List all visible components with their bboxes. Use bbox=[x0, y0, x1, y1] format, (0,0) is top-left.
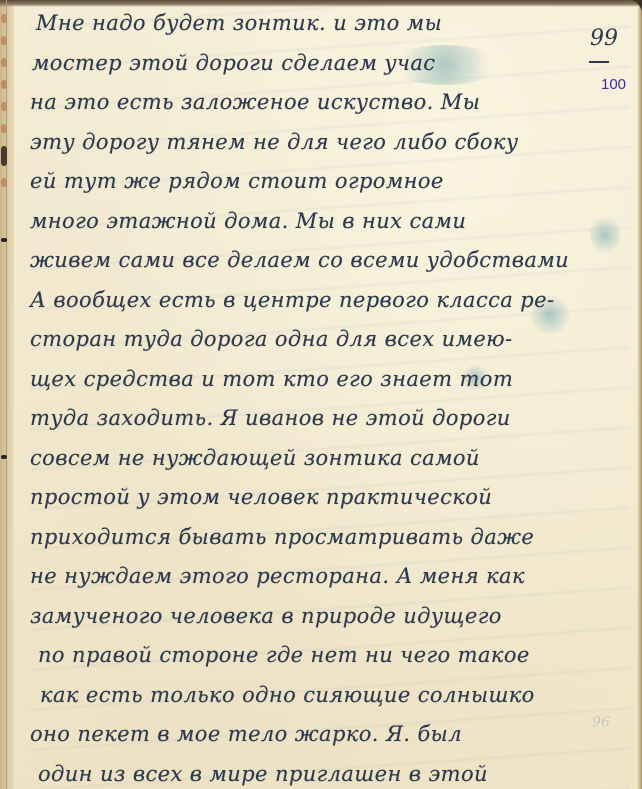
text-line: не нуждаем этого ресторана. А меня как bbox=[30, 557, 590, 597]
binding-stitch bbox=[1, 58, 7, 67]
text-line: А вообщех есть в центре первого класса р… bbox=[30, 281, 590, 321]
binding-stitch bbox=[1, 36, 7, 45]
notebook-binding bbox=[0, 0, 14, 789]
text-line: на это есть заложеное искуство. Мы bbox=[30, 83, 590, 123]
text-line: мостер этой дороги сделаем учас bbox=[30, 44, 590, 84]
archive-page-stamp: 100 bbox=[601, 76, 626, 93]
text-line: много этажной дома. Мы в них сами bbox=[30, 202, 590, 242]
notebook-page: 99 100 96 Мне надо будет зонтик. и это м… bbox=[0, 0, 642, 789]
text-line: щех средства и тот кто его знает тот bbox=[30, 360, 590, 400]
binding-stitch bbox=[1, 238, 7, 242]
text-line: по правой стороне где нет ни чего такое bbox=[30, 636, 590, 676]
text-line: приходится бывать просматривать даже bbox=[30, 518, 590, 558]
text-line: Мне надо будет зонтик. и это мы bbox=[30, 4, 590, 44]
text-line: совсем не нуждающей зонтика самой bbox=[30, 439, 590, 479]
text-line: один из всех в мире приглашен в этой bbox=[30, 755, 590, 789]
text-line: эту дорогу тянем не для чего либо сбоку bbox=[30, 123, 590, 163]
bleed-through-page-number: 96 bbox=[592, 712, 610, 728]
binding-stitch bbox=[1, 80, 7, 89]
text-line: туда заходить. Я иванов не этой дороги bbox=[30, 399, 590, 439]
page-right-edge bbox=[637, 0, 642, 789]
text-line: как есть только одно сияющие солнышко bbox=[30, 676, 590, 716]
binding-stitch bbox=[1, 455, 7, 459]
binding-stitch bbox=[1, 102, 7, 111]
page-number: 99 bbox=[590, 26, 618, 51]
page-number-underline bbox=[589, 61, 609, 63]
text-line: оно пекет в мое тело жарко. Я. был bbox=[30, 715, 590, 755]
binding-fold-line bbox=[6, 0, 7, 789]
binding-stitch bbox=[1, 124, 7, 133]
binding-stitch bbox=[1, 14, 7, 23]
ink-stain bbox=[590, 215, 620, 255]
handwritten-text-block: Мне надо будет зонтик. и это мы мостер э… bbox=[30, 4, 590, 789]
text-line: ей тут же рядом стоит огромное bbox=[30, 162, 590, 202]
text-line: замученого человека в природе идущего bbox=[30, 597, 590, 637]
binding-stitch bbox=[1, 178, 7, 187]
text-line: простой у этом человек практической bbox=[30, 478, 590, 518]
text-line: живем сами все делаем со всеми удобствам… bbox=[30, 241, 590, 281]
binding-stitch bbox=[1, 146, 7, 166]
text-line: сторан туда дорога одна для всех имею- bbox=[30, 320, 590, 360]
